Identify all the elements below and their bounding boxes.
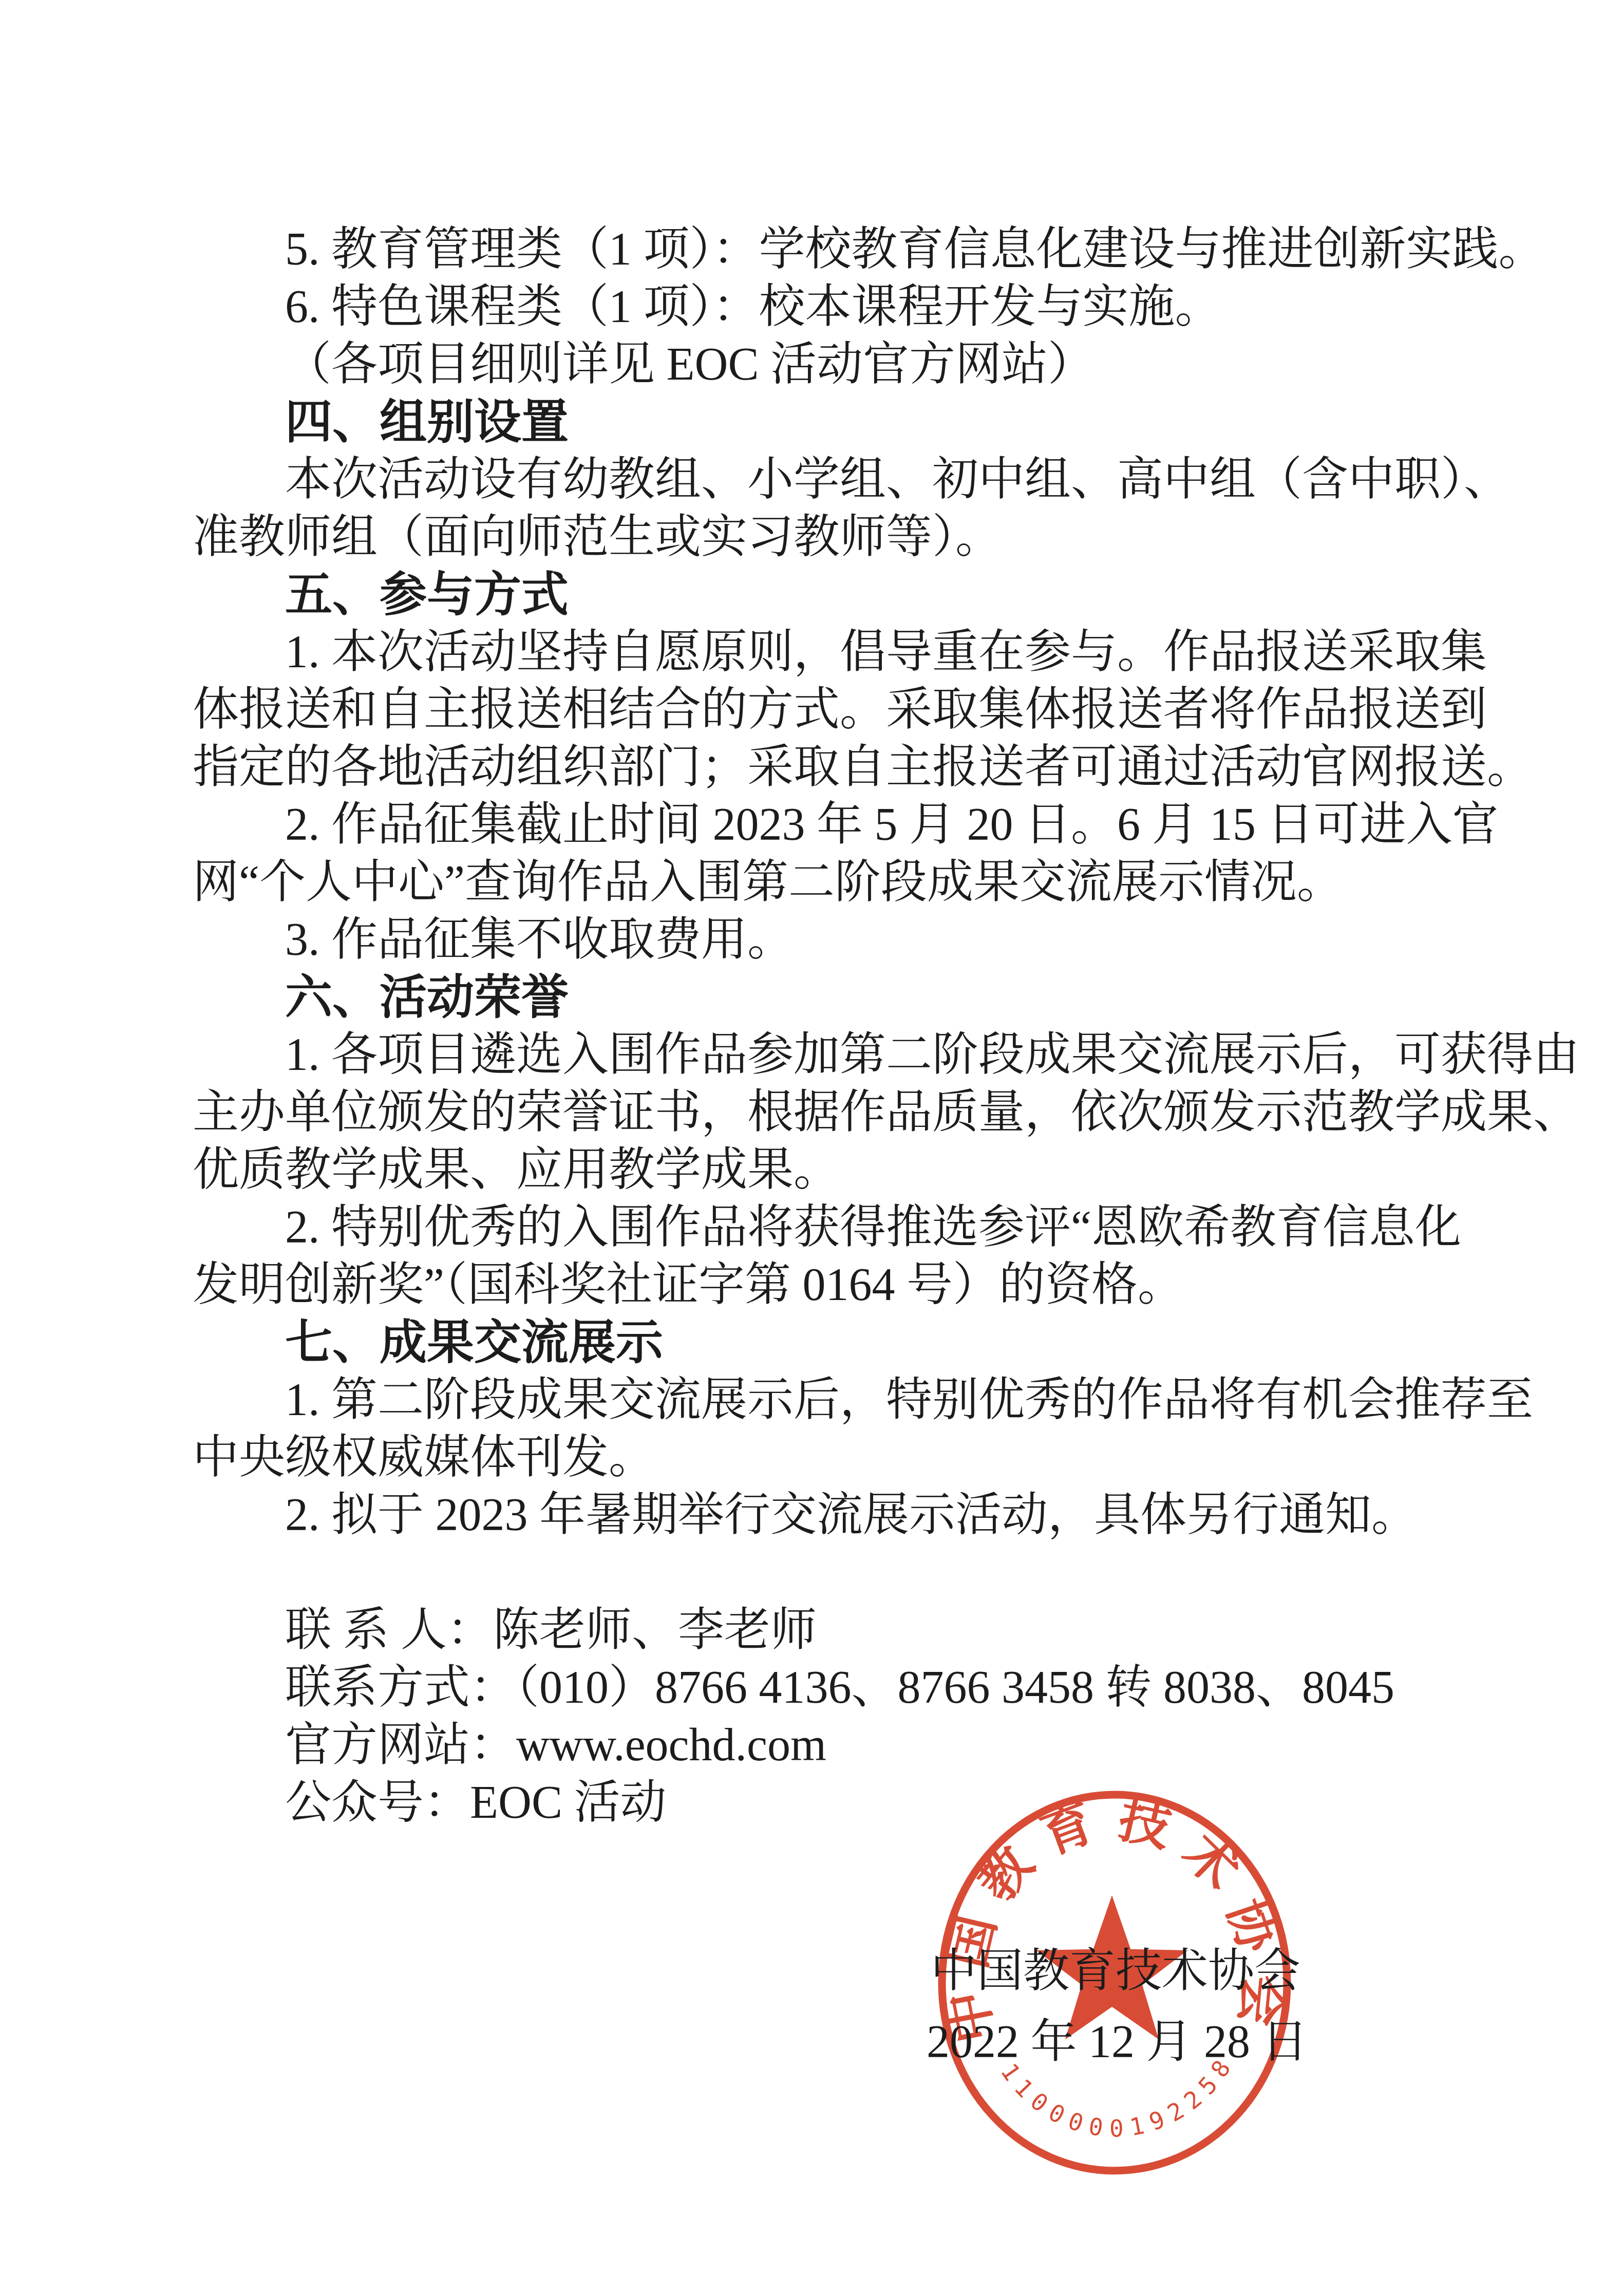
text-line: 5. 教育管理类（1 项）：学校教育信息化建设与推进创新实践。 xyxy=(193,221,1456,278)
text-line: 联系方式：（010）8766 4136、8766 3458 转 8038、804… xyxy=(193,1659,1456,1717)
text-line: 3. 作品征集不收取费用。 xyxy=(193,911,1456,969)
text-line: 本次活动设有幼教组、小学组、初中组、高中组（含中职）、 xyxy=(193,451,1456,509)
text-line: 中央级权威媒体刊发。 xyxy=(193,1429,1456,1486)
text-line: 发明创新奖”（国科奖社证字第 0164 号）的资格。 xyxy=(193,1256,1456,1314)
section-heading: 五、参与方式 xyxy=(193,566,1456,624)
page: { "page": { "background": "#ffffff", "te… xyxy=(0,0,1623,2296)
blank-line xyxy=(193,1544,1456,1602)
text-line: 2. 拟于 2023 年暑期举行交流展示活动，具体另行通知。 xyxy=(193,1486,1456,1544)
text-line: 2. 作品征集截止时间 2023 年 5 月 20 日。6 月 15 日可进入官 xyxy=(193,796,1456,854)
text-line: 准教师组（面向师范生或实习教师等）。 xyxy=(193,509,1456,566)
text-line: 网“个人中心”查询作品入围第二阶段成果交流展示情况。 xyxy=(193,854,1456,911)
text-line: （各项目细则详见 EOC 活动官方网站） xyxy=(193,336,1456,393)
text-line: 1. 本次活动坚持自愿原则，倡导重在参与。作品报送采取集 xyxy=(193,624,1456,681)
text-line: 6. 特色课程类（1 项）：校本课程开发与实施。 xyxy=(193,278,1456,336)
text-line: 优质教学成果、应用教学成果。 xyxy=(193,1141,1456,1199)
signature-date: 2022 年 12 月 28 日 xyxy=(927,2013,1308,2071)
text-line: 1. 各项目遴选入围作品参加第二阶段成果交流展示后，可获得由 xyxy=(193,1026,1456,1084)
section-heading: 六、活动荣誉 xyxy=(193,969,1456,1026)
text-line: 1. 第二阶段成果交流展示后，特别优秀的作品将有机会推荐至 xyxy=(193,1371,1456,1429)
text-line: 主办单位颁发的荣誉证书，根据作品质量，依次颁发示范教学成果、 xyxy=(193,1084,1456,1141)
text-line: 公众号：EOC 活动 xyxy=(193,1774,1456,1832)
section-heading: 七、成果交流展示 xyxy=(193,1314,1456,1371)
text-line: 联 系 人：陈老师、李老师 xyxy=(193,1602,1456,1659)
text-line: 体报送和自主报送相结合的方式。采取集体报送者将作品报送到 xyxy=(193,681,1456,739)
document-lines: 5. 教育管理类（1 项）：学校教育信息化建设与推进创新实践。6. 特色课程类（… xyxy=(193,221,1456,1832)
text-line: 官方网站：www.eochd.com xyxy=(193,1717,1456,1774)
signature-org: 中国教育技术协会 xyxy=(931,1943,1300,2000)
text-line: 2. 特别优秀的入围作品将获得推选参评“恩欧希教育信息化 xyxy=(193,1199,1456,1256)
section-heading: 四、组别设置 xyxy=(193,393,1456,451)
text-line: 指定的各地活动组织部门；采取自主报送者可通过活动官网报送。 xyxy=(193,739,1456,796)
